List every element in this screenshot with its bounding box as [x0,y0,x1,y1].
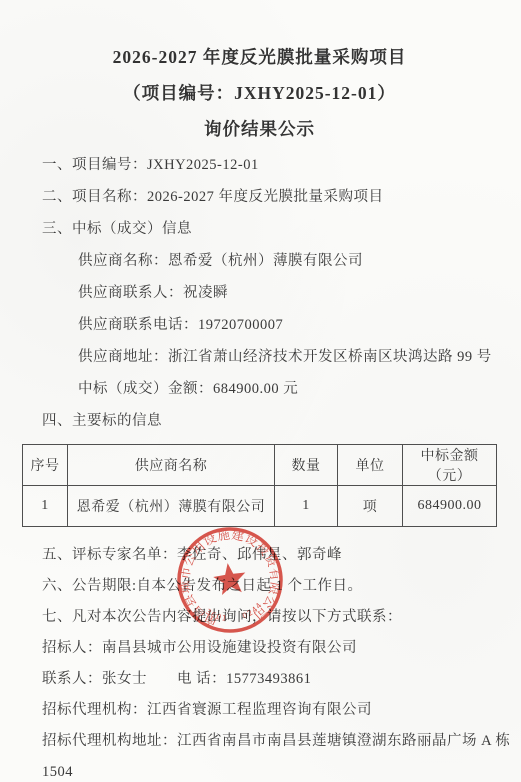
title-line-project-number: （项目编号：JXHY2025-12-01） [22,82,497,105]
paragraph-supplier-contact: 供应商联系人：祝凌瞬 [22,282,497,304]
results-table: 序号 供应商名称 数量 单位 中标金额（元） 1 恩希爱（杭州）薄膜有限公司 1… [22,444,497,527]
paragraph-expert-list: 五、评标专家名单：李佐奇、邱伟星、郭奇峰 [22,544,497,566]
table-cell-supplier: 恩希爱（杭州）薄膜有限公司 [68,486,275,527]
table-header-unit: 单位 [338,445,403,486]
paragraph-agency-address: 招标代理机构地址：江西省南昌市南昌县莲塘镇澄湖东路丽晶广场 A 栋 [22,730,497,752]
paragraph-supplier-name: 供应商名称：恩希爱（杭州）薄膜有限公司 [22,250,497,272]
paragraph-main-subject-heading: 四、主要标的信息 [22,410,497,432]
paragraph-tenderer: 招标人：南昌县城市公用设施建设投资有限公司 [22,637,497,659]
table-cell-quantity: 1 [275,486,338,527]
table-cell-unit: 项 [338,486,403,527]
table-header-supplier: 供应商名称 [68,445,275,486]
paragraph-award-info-heading: 三、中标（成交）信息 [22,218,497,240]
paragraph-award-amount: 中标（成交）金额：684900.00 元 [22,378,497,400]
announcement-document: 2026-2027 年度反光膜批量采购项目 （项目编号：JXHY2025-12-… [0,0,521,782]
table-cell-amount: 684900.00 [403,486,497,527]
paragraph-supplier-phone: 供应商联系电话：19720700007 [22,314,497,336]
document-title: 2026-2027 年度反光膜批量采购项目 （项目编号：JXHY2025-12-… [22,46,497,141]
paragraph-inquiry-note: 七、凡对本次公告内容提出询问，请按以下方式联系： [22,606,497,628]
title-line-project-name: 2026-2027 年度反光膜批量采购项目 [22,46,497,69]
table-header-row: 序号 供应商名称 数量 单位 中标金额（元） [23,445,497,486]
table-header-quantity: 数量 [275,445,338,486]
table-cell-index: 1 [23,486,68,527]
paragraph-project-name: 二、项目名称：2026-2027 年度反光膜批量采购项目 [22,186,497,208]
paragraph-supplier-address: 供应商地址：浙江省萧山经济技术开发区桥南区块鸿达路 99 号 [22,346,497,368]
paragraph-announcement-period: 六、公告期限:自本公告发布之日起 1 个工作日。 [22,575,497,597]
paragraph-agency-address-line2: 1504 [22,761,497,782]
title-line-announcement-type: 询价结果公示 [22,118,497,141]
paragraph-project-number: 一、项目编号：JXHY2025-12-01 [22,154,497,176]
paragraph-contact-phone: 联系人：张女士 电 话：15773493861 [22,668,497,690]
table-header-index: 序号 [23,445,68,486]
table-row: 1 恩希爱（杭州）薄膜有限公司 1 项 684900.00 [23,486,497,527]
table-header-amount: 中标金额（元） [403,445,497,486]
paragraph-agency: 招标代理机构：江西省寰源工程监理咨询有限公司 [22,699,497,721]
